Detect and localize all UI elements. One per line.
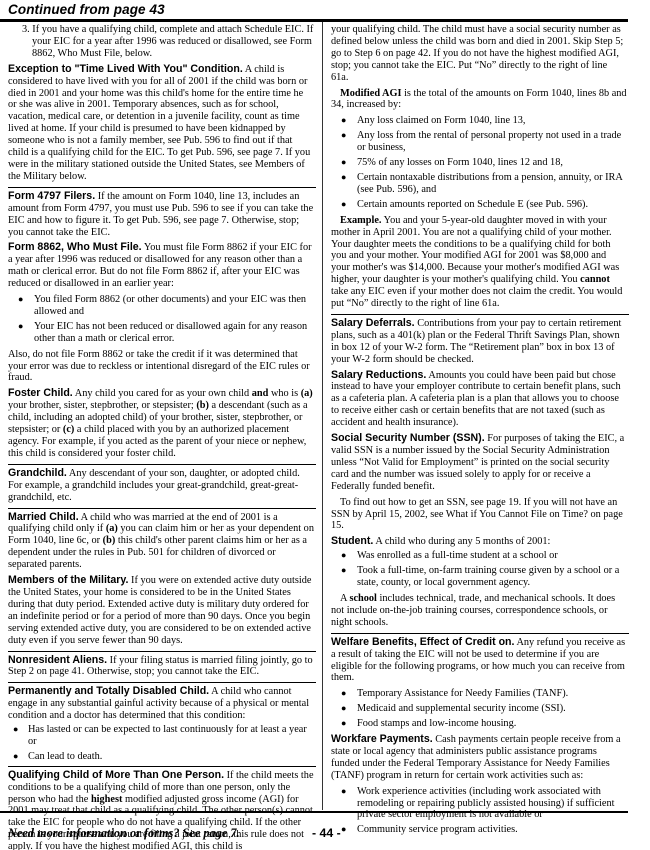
section-modified-agi: Modified AGI is the total of the amounts… <box>331 88 627 112</box>
disabled-bullets: ●Has lasted or can be expected to last c… <box>8 724 314 763</box>
section-rule <box>8 651 316 652</box>
bullet-icon: ● <box>341 824 346 836</box>
section-rule <box>8 187 316 188</box>
list-item: ●Medicaid and supplemental security inco… <box>331 703 627 715</box>
bullet-icon: ● <box>341 130 346 142</box>
form-8862-bullets: ●You filed Form 8862 (or other documents… <box>8 294 314 345</box>
section-heading: Foster Child. <box>8 387 73 399</box>
section-rule <box>8 464 316 465</box>
section-heading: Workfare Payments. <box>331 733 433 745</box>
page-number: - 44 - <box>312 826 341 840</box>
bullet-icon: ● <box>18 321 23 333</box>
section-heading: Married Child. <box>8 511 79 523</box>
step-3-item: 3. If you have a qualifying child, compl… <box>18 24 314 60</box>
form-8862-note: Also, do not file Form 8862 or take the … <box>8 349 314 385</box>
bullet-icon: ● <box>18 294 23 306</box>
bullet-icon: ● <box>341 565 346 577</box>
ssn-paragraph-2: To find out how to get an SSN, see page … <box>331 497 627 533</box>
section-heading: Social Security Number (SSN). <box>331 432 485 444</box>
section-heading: Permanently and Totally Disabled Child. <box>8 685 209 697</box>
section-heading: Qualifying Child of More Than One Person… <box>8 769 224 781</box>
welfare-bullets: ●Temporary Assistance for Needy Families… <box>331 688 627 730</box>
section-welfare-benefits: Welfare Benefits, Effect of Credit on. A… <box>331 637 627 685</box>
section-workfare-payments: Workfare Payments. Cash payments certain… <box>331 734 627 782</box>
list-item: ●Community service program activities. <box>331 824 627 836</box>
section-heading: Form 4797 Filers. <box>8 190 95 202</box>
bullet-icon: ● <box>341 115 346 127</box>
list-item: ●You filed Form 8862 (or other documents… <box>8 294 314 318</box>
list-item: ●Certain nontaxable distributions from a… <box>331 172 627 196</box>
section-members-military: Members of the Military. If you were on … <box>8 575 314 646</box>
section-heading: Exception to "Time Lived With You" Condi… <box>8 63 243 75</box>
section-heading: Grandchild. <box>8 467 67 479</box>
section-heading: Members of the Military. <box>8 574 128 586</box>
list-item: ●Work experience activities (including w… <box>331 786 627 822</box>
bullet-icon: ● <box>341 172 346 184</box>
footer-note: Need more information or forms? See page… <box>8 826 240 841</box>
right-column: your qualifying child. The child must ha… <box>331 24 627 840</box>
list-item: ●Temporary Assistance for Needy Families… <box>331 688 627 700</box>
section-foster-child: Foster Child. Any child you cared for as… <box>8 388 314 459</box>
section-rule <box>8 508 316 509</box>
modified-agi-bullets: ●Any loss claimed on Form 1040, line 13,… <box>331 115 627 210</box>
list-item: ●Was enrolled as a full-time student at … <box>331 550 627 562</box>
list-item: ●Your EIC has not been reduced or disall… <box>8 321 314 345</box>
top-rule <box>0 19 628 22</box>
list-item: ●Certain amounts reported on Schedule E … <box>331 199 627 211</box>
left-column: 3. If you have a qualifying child, compl… <box>8 24 314 850</box>
section-heading: Student. <box>331 535 373 547</box>
bullet-icon: ● <box>341 703 346 715</box>
section-rule <box>8 766 316 767</box>
list-item: ●Has lasted or can be expected to last c… <box>8 724 314 748</box>
bullet-icon: ● <box>13 751 18 763</box>
section-form-4797: Form 4797 Filers. If the amount on Form … <box>8 191 314 239</box>
section-ssn: Social Security Number (SSN). For purpos… <box>331 433 627 493</box>
section-exception-time-lived: Exception to "Time Lived With You" Condi… <box>8 64 314 183</box>
bullet-icon: ● <box>341 786 346 798</box>
list-item: ●Any loss from the rental of personal pr… <box>331 130 627 154</box>
bullet-icon: ● <box>341 688 346 700</box>
list-item: ●Took a full-time, on-farm training cour… <box>331 565 627 589</box>
section-salary-deferrals: Salary Deferrals. Contributions from you… <box>331 318 627 366</box>
list-item: ●Can lead to death. <box>8 751 314 763</box>
section-rule <box>331 633 629 634</box>
section-heading: Welfare Benefits, Effect of Credit on. <box>331 636 514 648</box>
section-nonresident-aliens: Nonresident Aliens. If your filing statu… <box>8 655 314 679</box>
section-disabled-child: Permanently and Totally Disabled Child. … <box>8 686 314 722</box>
school-definition: A school includes technical, trade, and … <box>331 593 627 629</box>
section-heading: Nonresident Aliens. <box>8 654 107 666</box>
column-divider <box>322 22 323 810</box>
section-married-child: Married Child. A child who was married a… <box>8 512 314 572</box>
list-item: ●75% of any losses on Form 1040, lines 1… <box>331 157 627 169</box>
bullet-icon: ● <box>13 724 18 736</box>
bullet-icon: ● <box>341 550 346 562</box>
section-salary-reductions: Salary Reductions. Amounts you could hav… <box>331 370 627 430</box>
continued-text: your qualifying child. The child must ha… <box>331 24 627 84</box>
section-heading: Example. <box>340 215 381 226</box>
bottom-rule <box>0 811 628 813</box>
bullet-icon: ● <box>341 199 346 211</box>
bullet-icon: ● <box>341 157 346 169</box>
section-heading: Modified AGI <box>340 88 402 99</box>
list-item: ●Any loss claimed on Form 1040, line 13, <box>331 115 627 127</box>
bullet-icon: ● <box>341 718 346 730</box>
section-student: Student. A child who during any 5 months… <box>331 536 627 548</box>
section-rule <box>8 682 316 683</box>
section-grandchild: Grandchild. Any descendant of your son, … <box>8 468 314 504</box>
section-heading: Salary Reductions. <box>331 369 426 381</box>
section-heading: Salary Deferrals. <box>331 317 415 329</box>
section-form-8862: Form 8862, Who Must File. You must file … <box>8 242 314 290</box>
student-bullets: ●Was enrolled as a full-time student at … <box>331 550 627 589</box>
section-heading: Form 8862, Who Must File. <box>8 241 142 253</box>
section-rule <box>331 314 629 315</box>
page-header-title: Continued from page 43 <box>8 2 165 17</box>
list-item: ●Food stamps and low-income housing. <box>331 718 627 730</box>
example-paragraph: Example. You and your 5-year-old daughte… <box>331 215 627 310</box>
